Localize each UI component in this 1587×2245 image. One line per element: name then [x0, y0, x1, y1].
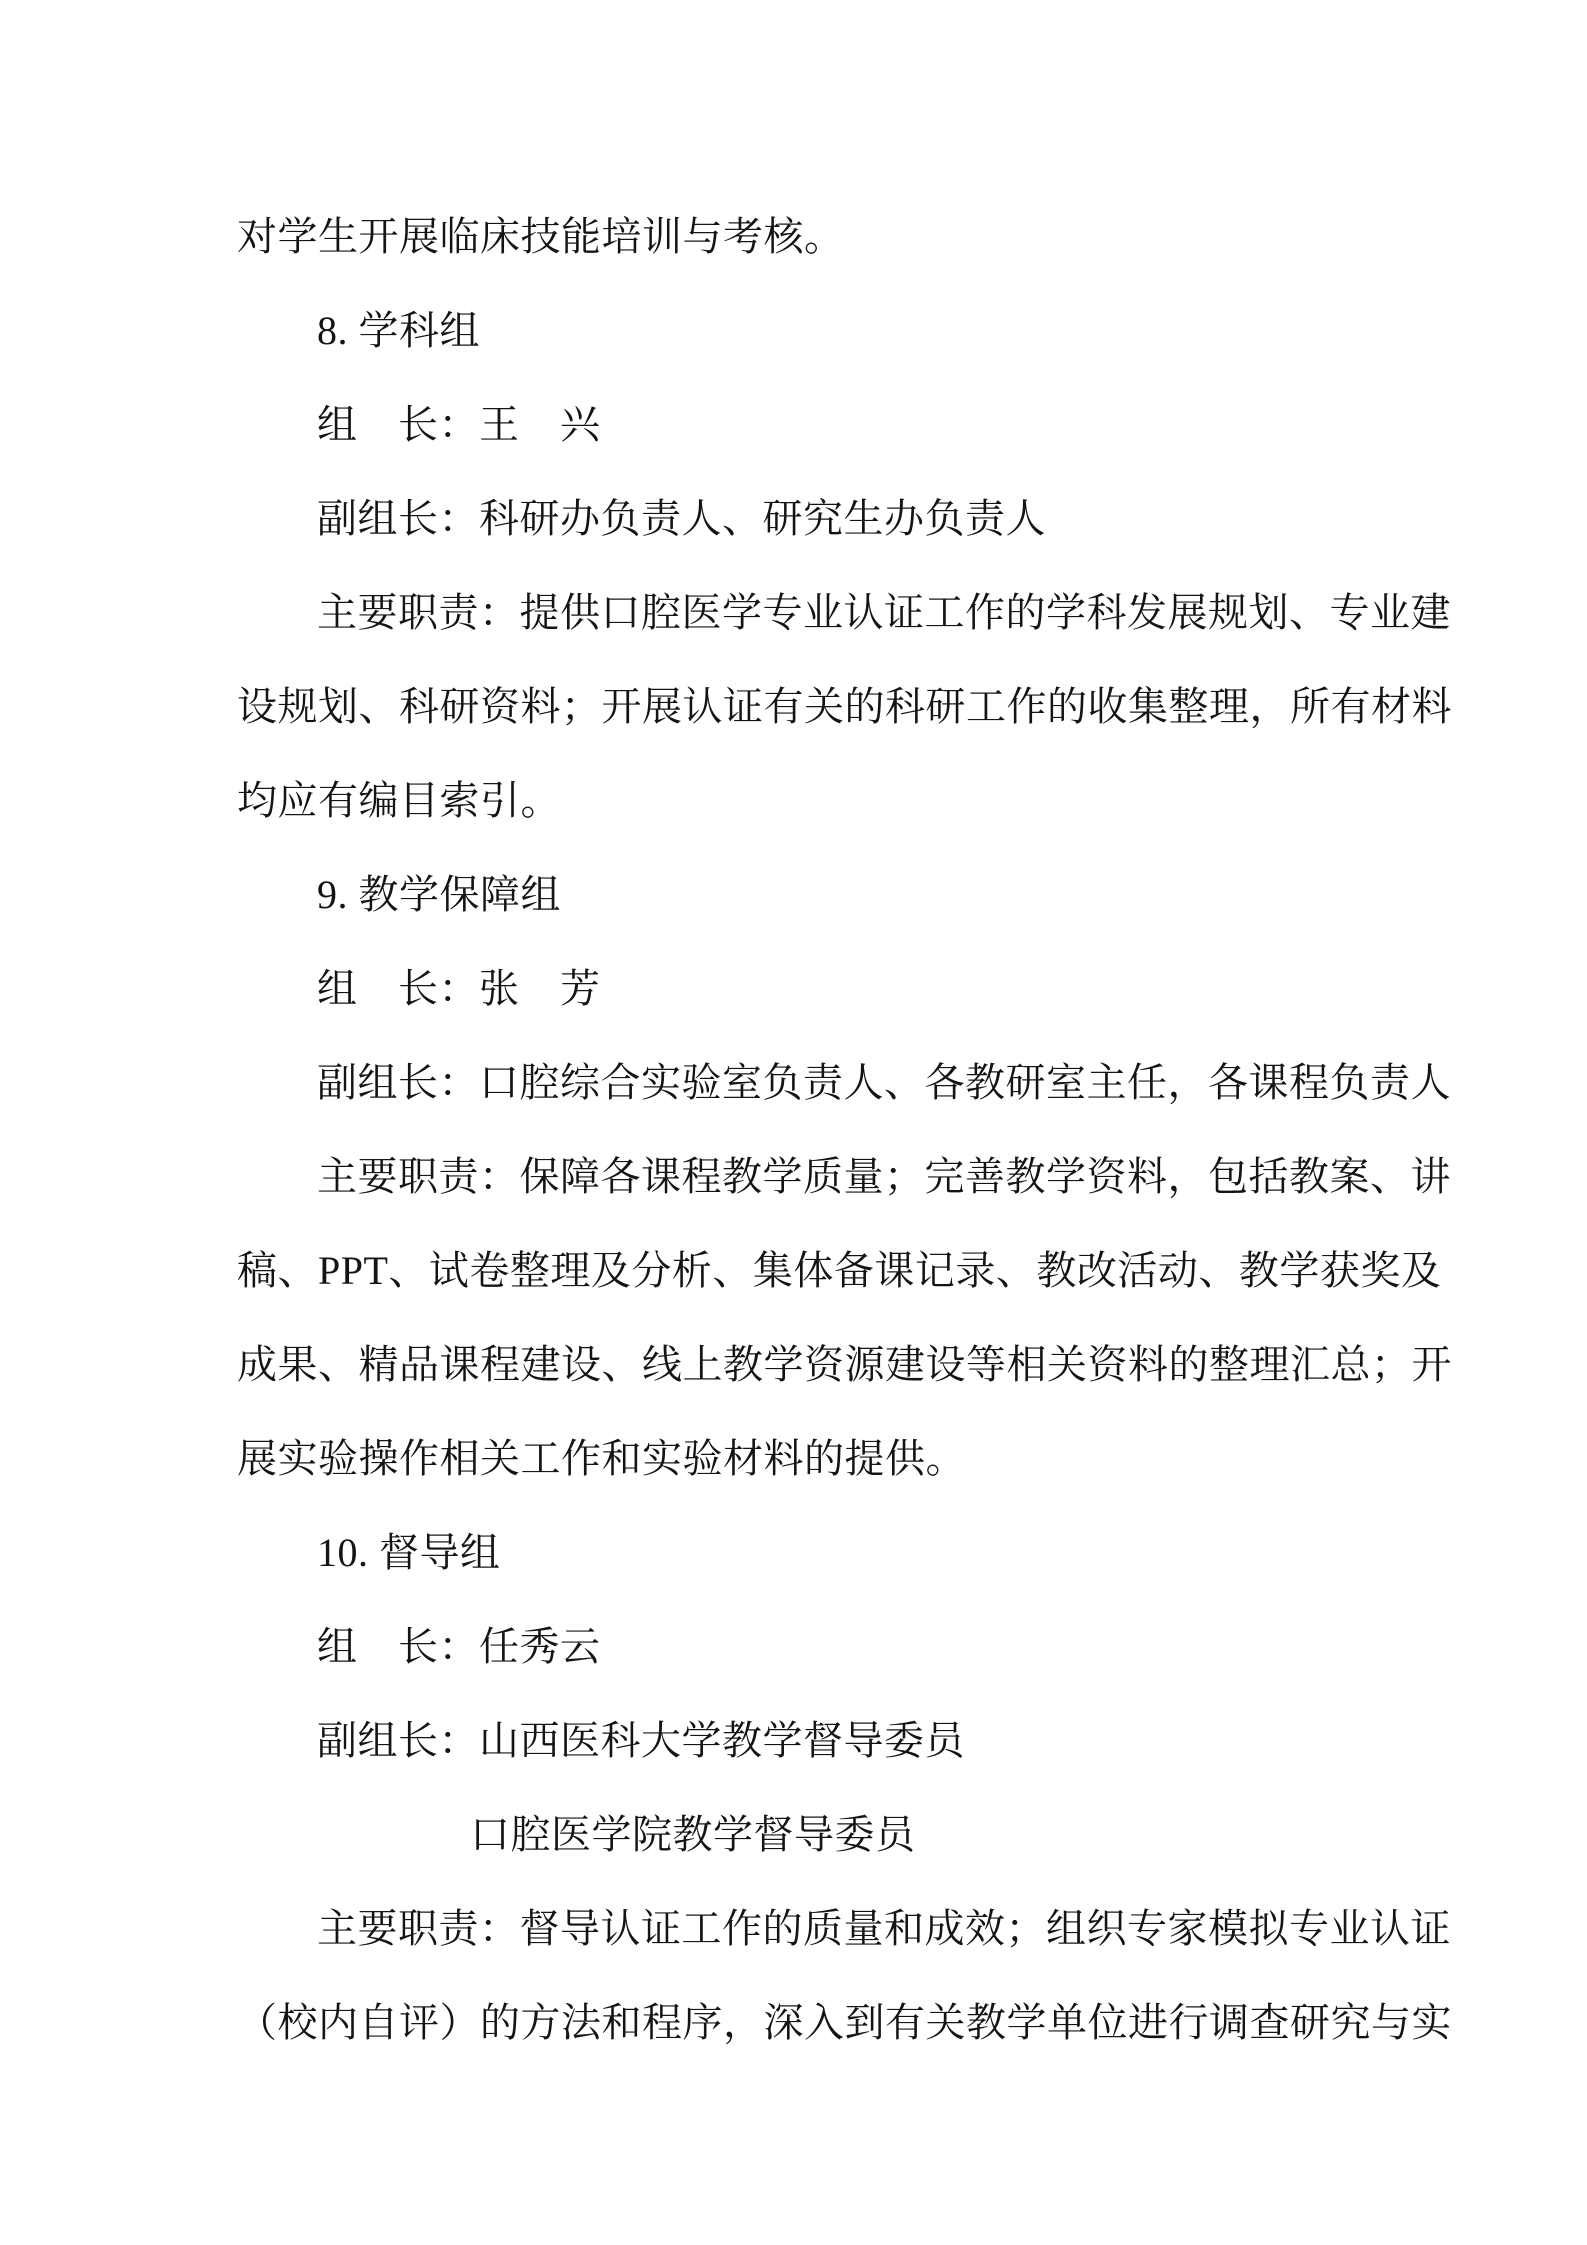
- text-line: 主要职责：督导认证工作的质量和成效；组织专家模拟专业认证: [237, 1878, 1427, 1972]
- document-page: 对学生开展临床技能培训与考核。 8. 学科组 组 长：王 兴 副组长：科研办负责…: [0, 0, 1587, 2245]
- text-line: 组 长：王 兴: [237, 374, 1427, 468]
- section-heading: 8. 学科组: [237, 280, 1427, 374]
- text-line: 展实验操作相关工作和实验材料的提供。: [237, 1408, 1427, 1502]
- text-line: 成果、精品课程建设、线上教学资源建设等相关资料的整理汇总；开: [237, 1314, 1427, 1408]
- section-heading: 9. 教学保障组: [237, 844, 1427, 938]
- section-heading: 10. 督导组: [237, 1502, 1427, 1596]
- text-line: 副组长：口腔综合实验室负责人、各教研室主任，各课程负责人: [237, 1032, 1427, 1126]
- text-line: 主要职责：提供口腔医学专业认证工作的学科发展规划、专业建: [237, 562, 1427, 656]
- text-line: 口腔医学院教学督导委员: [237, 1784, 1427, 1878]
- text-line: 均应有编目索引。: [237, 750, 1427, 844]
- text-line: 组 长：张 芳: [237, 938, 1427, 1032]
- text-line: 副组长：山西医科大学教学督导委员: [237, 1690, 1427, 1784]
- text-line: 设规划、科研资料；开展认证有关的科研工作的收集整理，所有材料: [237, 656, 1427, 750]
- text-line: 副组长：科研办负责人、研究生办负责人: [237, 468, 1427, 562]
- text-line: 组 长：任秀云: [237, 1596, 1427, 1690]
- text-line: 主要职责：保障各课程教学质量；完善教学资料，包括教案、讲: [237, 1126, 1427, 1220]
- text-line: 稿、PPT、试卷整理及分析、集体备课记录、教改活动、教学获奖及: [237, 1220, 1427, 1314]
- text-line: 对学生开展临床技能培训与考核。: [237, 186, 1427, 280]
- text-line: （校内自评）的方法和程序，深入到有关教学单位进行调查研究与实: [237, 1972, 1427, 2066]
